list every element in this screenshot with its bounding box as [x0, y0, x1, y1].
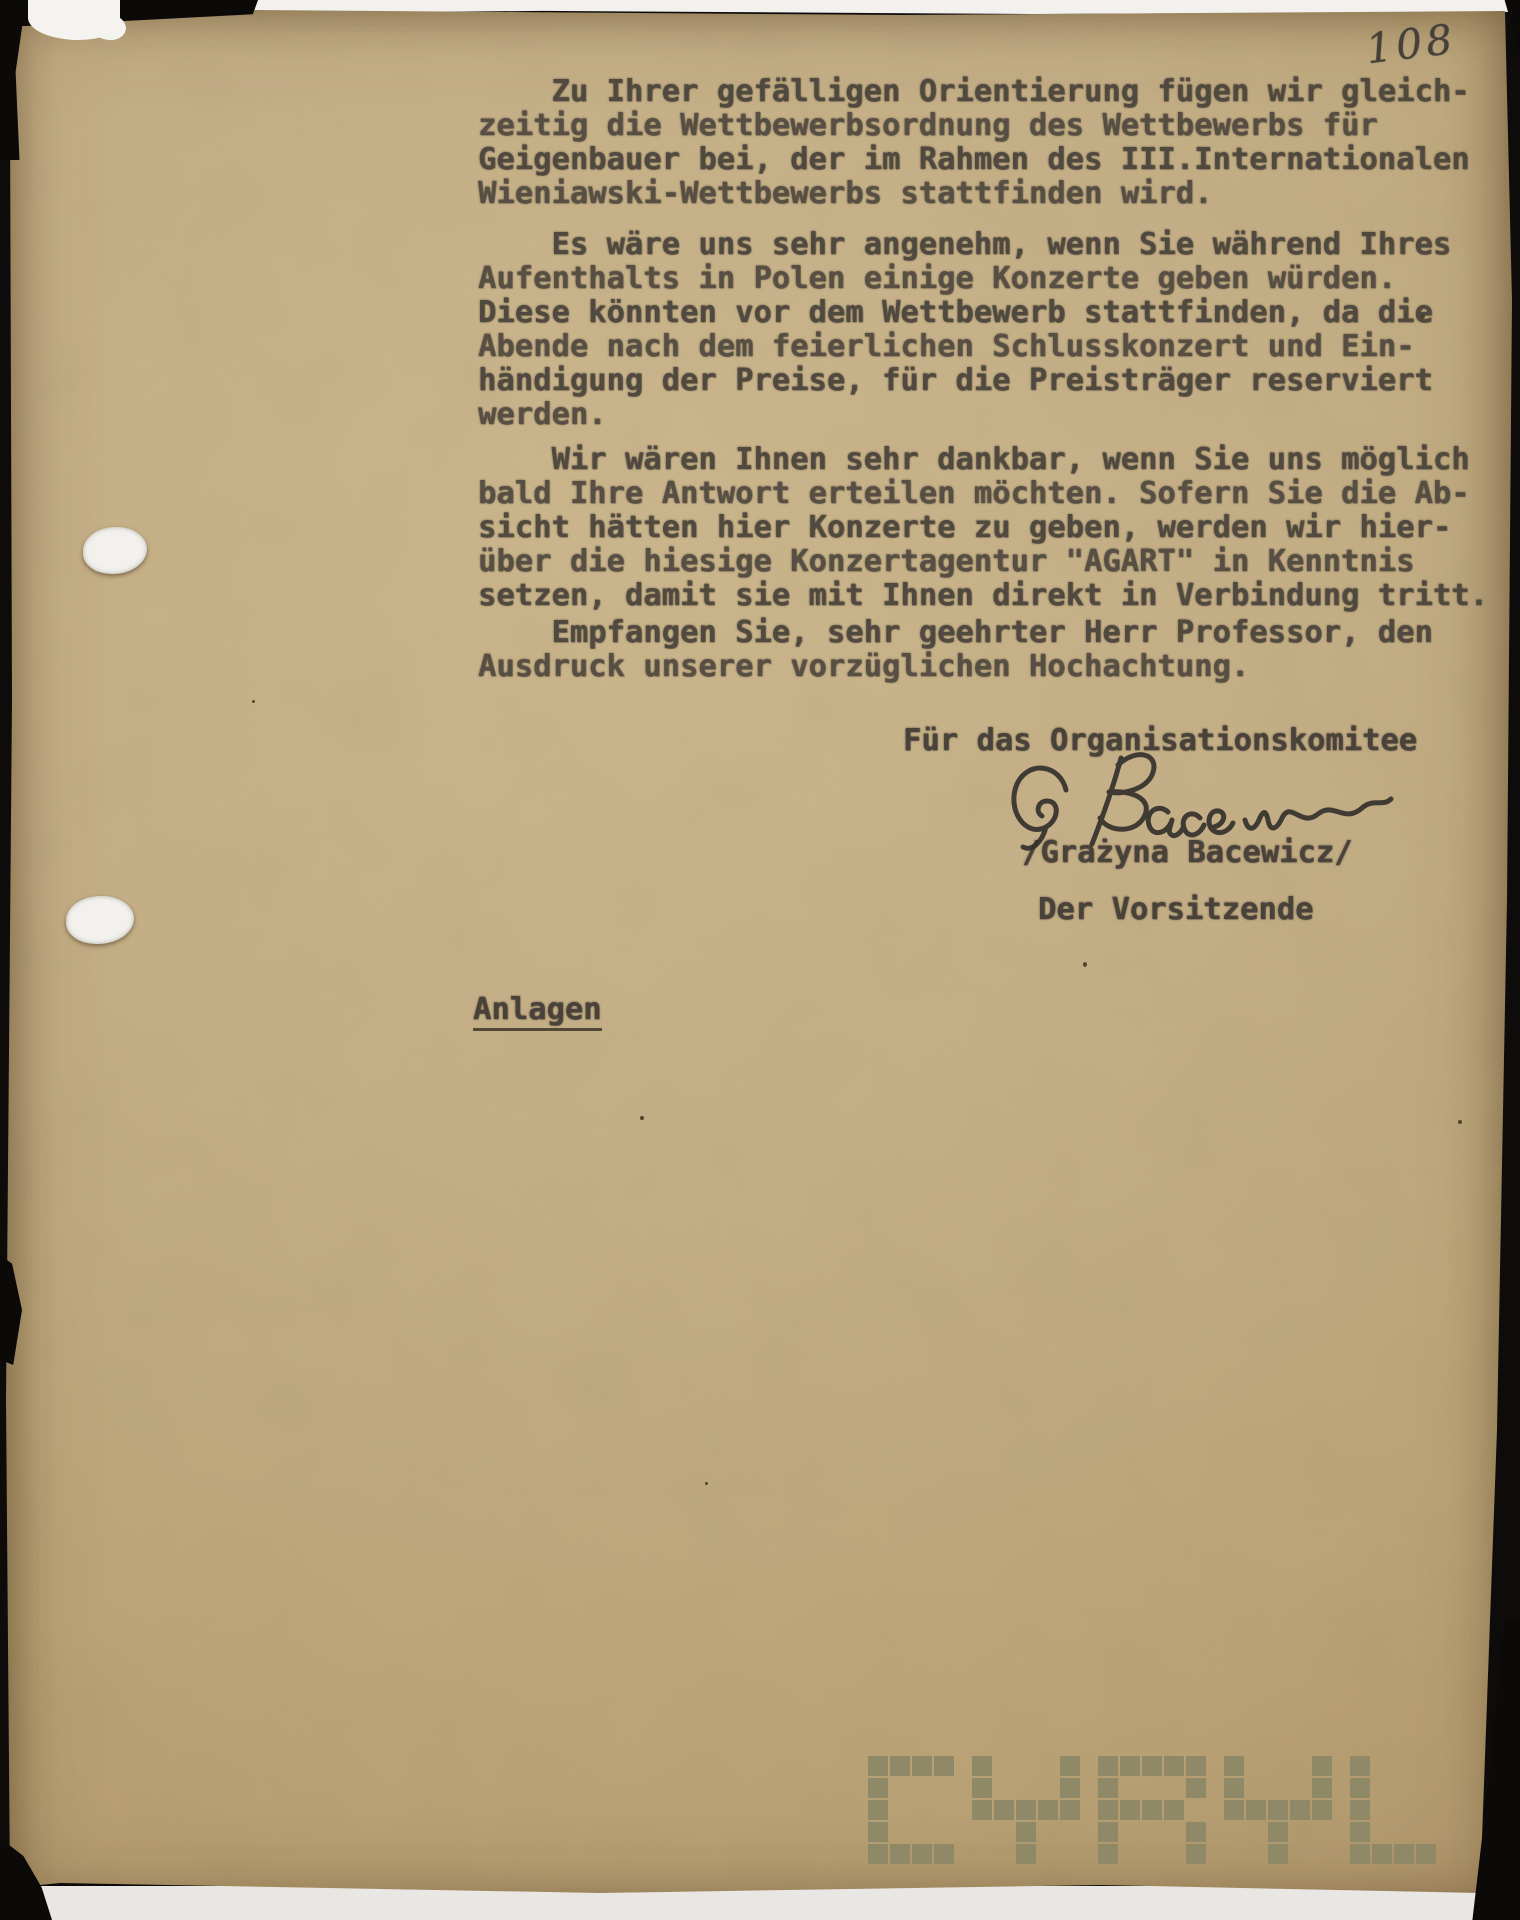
letter-paragraph: Zu Ihrer gefälligen Orientierung fügen w…	[478, 75, 1470, 211]
typewritten-line: über die hiesige Konzertagentur "AGART" …	[478, 545, 1488, 579]
watermark-block	[1246, 1756, 1266, 1776]
watermark-block	[1186, 1800, 1206, 1820]
watermark-block	[1268, 1822, 1288, 1842]
scanner-background-bottom	[0, 1886, 1520, 1920]
watermark-block	[1038, 1756, 1058, 1776]
watermark-block	[1164, 1822, 1184, 1842]
watermark-block	[1098, 1800, 1118, 1820]
typewritten-line: Empfangen Sie, sehr geehrter Herr Profes…	[478, 616, 1433, 650]
watermark-block	[1290, 1800, 1310, 1820]
watermark-block	[1038, 1800, 1058, 1820]
typewritten-line: zeitig die Wettbewerbsordnung des Wettbe…	[478, 109, 1470, 143]
typewritten-line: werden.	[478, 398, 1451, 432]
watermark-block	[1290, 1756, 1310, 1776]
typewritten-line: Ausdruck unserer vorzüglichen Hochachtun…	[478, 650, 1433, 684]
watermark-block	[1016, 1756, 1036, 1776]
watermark-letter	[1098, 1756, 1206, 1864]
watermark-block	[1098, 1844, 1118, 1864]
watermark-block	[890, 1844, 910, 1864]
paper-speck	[1083, 962, 1087, 967]
watermark-block	[1098, 1778, 1118, 1798]
watermark-block	[1016, 1822, 1036, 1842]
watermark-block	[1224, 1756, 1244, 1776]
paper-speck	[1458, 1120, 1462, 1124]
watermark-block	[1120, 1822, 1140, 1842]
watermark-block	[1268, 1800, 1288, 1820]
watermark-block	[1416, 1778, 1436, 1798]
cyryl-watermark	[868, 1756, 1436, 1864]
watermark-block	[1060, 1822, 1080, 1842]
watermark-block	[1416, 1756, 1436, 1776]
typewritten-line: Diese könnten vor dem Wettbewerb stattfi…	[478, 296, 1451, 330]
watermark-block	[1290, 1778, 1310, 1798]
watermark-letter	[868, 1756, 954, 1864]
letter-paragraph: Es wäre uns sehr angenehm, wenn Sie währ…	[478, 228, 1451, 432]
watermark-block	[1164, 1844, 1184, 1864]
watermark-block	[972, 1800, 992, 1820]
watermark-block	[1142, 1778, 1162, 1798]
watermark-block	[1372, 1844, 1392, 1864]
watermark-block	[934, 1756, 954, 1776]
watermark-block	[1312, 1844, 1332, 1864]
watermark-block	[1394, 1844, 1414, 1864]
watermark-block	[1350, 1822, 1370, 1842]
watermark-block	[890, 1800, 910, 1820]
watermark-block	[1246, 1778, 1266, 1798]
watermark-block	[1246, 1800, 1266, 1820]
watermark-block	[868, 1844, 888, 1864]
watermark-letter	[1224, 1756, 1332, 1864]
watermark-letter	[1350, 1756, 1436, 1864]
enclosures-label: Anlagen	[473, 993, 602, 1031]
watermark-block	[1372, 1778, 1392, 1798]
watermark-block	[890, 1756, 910, 1776]
watermark-block	[912, 1800, 932, 1820]
watermark-block	[1224, 1800, 1244, 1820]
watermark-block	[1394, 1800, 1414, 1820]
watermark-block	[868, 1800, 888, 1820]
watermark-block	[1142, 1822, 1162, 1842]
watermark-block	[1164, 1756, 1184, 1776]
watermark-block	[868, 1756, 888, 1776]
watermark-block	[934, 1822, 954, 1842]
watermark-block	[1060, 1756, 1080, 1776]
watermark-block	[994, 1756, 1014, 1776]
watermark-block	[1142, 1756, 1162, 1776]
letter-paragraph: Empfangen Sie, sehr geehrter Herr Profes…	[478, 616, 1433, 684]
typewritten-line: setzen, damit sie mit Ihnen direkt in Ve…	[478, 579, 1488, 613]
watermark-block	[1120, 1778, 1140, 1798]
watermark-block	[1060, 1844, 1080, 1864]
signatory-role-line: Der Vorsitzende	[1038, 893, 1313, 927]
watermark-letter	[972, 1756, 1080, 1864]
watermark-block	[1290, 1844, 1310, 1864]
handwritten-signature: G Bacewicz	[1002, 750, 1402, 882]
watermark-block	[934, 1844, 954, 1864]
watermark-block	[972, 1844, 992, 1864]
typewritten-line: Abende nach dem feierlichen Schlusskonze…	[478, 330, 1451, 364]
scanned-letter-page: 108 Zu Ihrer gefälligen Orientierung füg…	[0, 0, 1520, 1920]
paper-speck	[252, 700, 255, 703]
watermark-block	[1186, 1756, 1206, 1776]
watermark-block	[1312, 1778, 1332, 1798]
watermark-block	[912, 1778, 932, 1798]
letter-paragraph: Wir wären Ihnen sehr dankbar, wenn Sie u…	[478, 443, 1488, 613]
watermark-block	[1372, 1756, 1392, 1776]
watermark-block	[912, 1756, 932, 1776]
paper-speck	[705, 1482, 708, 1485]
typewritten-line: Wir wären Ihnen sehr dankbar, wenn Sie u…	[478, 443, 1488, 477]
watermark-block	[1098, 1822, 1118, 1842]
watermark-block	[1060, 1800, 1080, 1820]
watermark-block	[1350, 1756, 1370, 1776]
watermark-block	[1120, 1844, 1140, 1864]
watermark-block	[934, 1800, 954, 1820]
watermark-block	[868, 1778, 888, 1798]
watermark-block	[1312, 1756, 1332, 1776]
watermark-block	[1038, 1822, 1058, 1842]
watermark-block	[1350, 1800, 1370, 1820]
watermark-block	[1224, 1844, 1244, 1864]
watermark-block	[1098, 1756, 1118, 1776]
watermark-block	[912, 1822, 932, 1842]
watermark-block	[1038, 1778, 1058, 1798]
watermark-block	[1246, 1822, 1266, 1842]
watermark-block	[934, 1778, 954, 1798]
watermark-block	[1186, 1822, 1206, 1842]
typewritten-line: sicht hätten hier Konzerte zu geben, wer…	[478, 511, 1488, 545]
watermark-block	[972, 1822, 992, 1842]
watermark-block	[1060, 1778, 1080, 1798]
watermark-block	[1186, 1844, 1206, 1864]
typewritten-line: Geigenbauer bei, der im Rahmen des III.I…	[478, 143, 1470, 177]
watermark-block	[1372, 1822, 1392, 1842]
watermark-block	[1416, 1844, 1436, 1864]
watermark-block	[994, 1822, 1014, 1842]
watermark-block	[1312, 1822, 1332, 1842]
watermark-block	[1268, 1844, 1288, 1864]
watermark-block	[1016, 1844, 1036, 1864]
typewritten-line: Aufenthalts in Polen einige Konzerte geb…	[478, 262, 1451, 296]
watermark-block	[890, 1822, 910, 1842]
watermark-block	[1016, 1800, 1036, 1820]
watermark-block	[1394, 1778, 1414, 1798]
watermark-block	[1164, 1800, 1184, 1820]
watermark-block	[1394, 1756, 1414, 1776]
typewritten-line: Es wäre uns sehr angenehm, wenn Sie währ…	[478, 228, 1451, 262]
watermark-block	[1350, 1778, 1370, 1798]
watermark-block	[1164, 1778, 1184, 1798]
watermark-block	[1038, 1844, 1058, 1864]
watermark-block	[1268, 1756, 1288, 1776]
watermark-block	[1350, 1844, 1370, 1864]
watermark-block	[1224, 1778, 1244, 1798]
watermark-block	[972, 1778, 992, 1798]
watermark-block	[1142, 1800, 1162, 1820]
typewritten-line: Wieniawski-Wettbewerbs stattfinden wird.	[478, 177, 1470, 211]
typewritten-line: händigung der Preise, für die Preisträge…	[478, 364, 1451, 398]
watermark-block	[1312, 1800, 1332, 1820]
watermark-block	[1394, 1822, 1414, 1842]
typewritten-line: bald Ihre Antwort erteilen möchten. Sofe…	[478, 477, 1488, 511]
watermark-block	[912, 1844, 932, 1864]
watermark-block	[890, 1778, 910, 1798]
paper-speck	[640, 1116, 644, 1120]
watermark-block	[1016, 1778, 1036, 1798]
watermark-block	[1246, 1844, 1266, 1864]
watermark-block	[1142, 1844, 1162, 1864]
watermark-block	[1290, 1822, 1310, 1842]
typewritten-line: Zu Ihrer gefälligen Orientierung fügen w…	[478, 75, 1470, 109]
watermark-block	[1416, 1800, 1436, 1820]
watermark-block	[994, 1800, 1014, 1820]
watermark-block	[1416, 1822, 1436, 1842]
watermark-block	[1120, 1756, 1140, 1776]
watermark-block	[1268, 1778, 1288, 1798]
watermark-block	[972, 1756, 992, 1776]
watermark-block	[1120, 1800, 1140, 1820]
watermark-block	[1186, 1778, 1206, 1798]
watermark-block	[868, 1822, 888, 1842]
watermark-block	[1372, 1800, 1392, 1820]
watermark-block	[1224, 1822, 1244, 1842]
watermark-block	[994, 1778, 1014, 1798]
watermark-block	[994, 1844, 1014, 1864]
